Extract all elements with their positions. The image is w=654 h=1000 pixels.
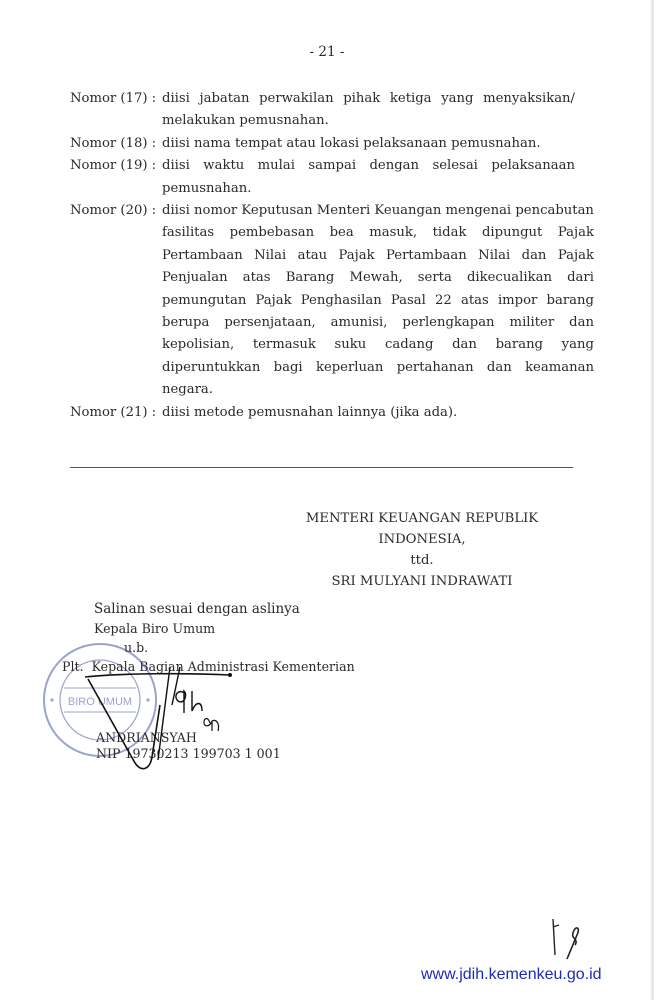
entry-19: Nomor (19) : diisi waktu mulai sampai de…: [70, 155, 575, 200]
text-line: pemungutan Pajak Penghasilan Pasal 22 at…: [162, 290, 594, 312]
entry-17: Nomor (17) : diisi jabatan perwakilan pi…: [70, 88, 575, 133]
entry-label: Nomor (19) :: [70, 155, 162, 200]
text-line: diisi waktu mulai sampai dengan selesai …: [162, 155, 575, 177]
text-line: kepolisian, termasuk suku cadang dan bar…: [162, 334, 594, 356]
text-line: negara.: [162, 379, 594, 401]
signatory-title: MENTERI KEUANGAN REPUBLIK INDONESIA,: [262, 508, 582, 550]
copy-ub: u.b.: [94, 638, 355, 657]
text-line: melakukan pemusnahan.: [162, 110, 575, 132]
text-line: Penjualan atas Barang Mewah, serta dikec…: [162, 267, 594, 289]
entry-18: Nomor (18) : diisi nama tempat atau loka…: [70, 133, 575, 155]
entry-label: Nomor (18) :: [70, 133, 162, 155]
entry-text: diisi metode pemusnahan lainnya (jika ad…: [162, 402, 575, 424]
entry-text: diisi waktu mulai sampai dengan selesai …: [162, 155, 575, 200]
text-line: berupa persenjataan, amunisi, perlengkap…: [162, 312, 594, 334]
entry-text: diisi nama tempat atau lokasi pelaksanaa…: [162, 133, 575, 155]
jdih-website-link[interactable]: www.jdih.kemenkeu.go.id: [421, 966, 602, 984]
text-line: fasilitas pembebasan bea masuk, tidak di…: [162, 222, 594, 244]
minister-signature-block: MENTERI KEUANGAN REPUBLIK INDONESIA, ttd…: [262, 508, 582, 592]
text-line: diisi nama tempat atau lokasi pelaksanaa…: [162, 133, 575, 155]
entry-text: diisi jabatan perwakilan pihak ketiga ya…: [162, 88, 575, 133]
handwritten-signature-icon: [80, 665, 250, 775]
entry-text: diisi nomor Keputusan Menteri Keuangan m…: [162, 200, 594, 402]
entry-21: Nomor (21) : diisi metode pemusnahan lai…: [70, 402, 575, 424]
text-line: diisi metode pemusnahan lainnya (jika ad…: [162, 402, 575, 424]
signed-mark: ttd.: [262, 550, 582, 571]
explanation-list: Nomor (17) : diisi jabatan perwakilan pi…: [70, 88, 575, 424]
text-line: diperuntukkan bagi keperluan pertahanan …: [162, 357, 594, 379]
text-line: pemusnahan.: [162, 178, 575, 200]
entry-20: Nomor (20) : diisi nomor Keputusan Mente…: [70, 200, 575, 402]
section-divider: [70, 467, 573, 468]
page-number: - 21 -: [0, 44, 654, 60]
signatory-name: SRI MULYANI INDRAWATI: [262, 571, 582, 592]
entry-label: Nomor (17) :: [70, 88, 162, 133]
text-line: diisi jabatan perwakilan pihak ketiga ya…: [162, 88, 575, 110]
copy-heading: Salinan sesuai dengan aslinya: [94, 600, 355, 619]
initial-paraf-icon: [545, 915, 595, 965]
text-line: diisi nomor Keputusan Menteri Keuangan m…: [162, 200, 594, 222]
entry-label: Nomor (20) :: [70, 200, 162, 402]
text-line: Pertambaan Nilai atau Pajak Pertambaan N…: [162, 245, 594, 267]
entry-label: Nomor (21) :: [70, 402, 162, 424]
copy-office: Kepala Biro Umum: [94, 619, 355, 638]
